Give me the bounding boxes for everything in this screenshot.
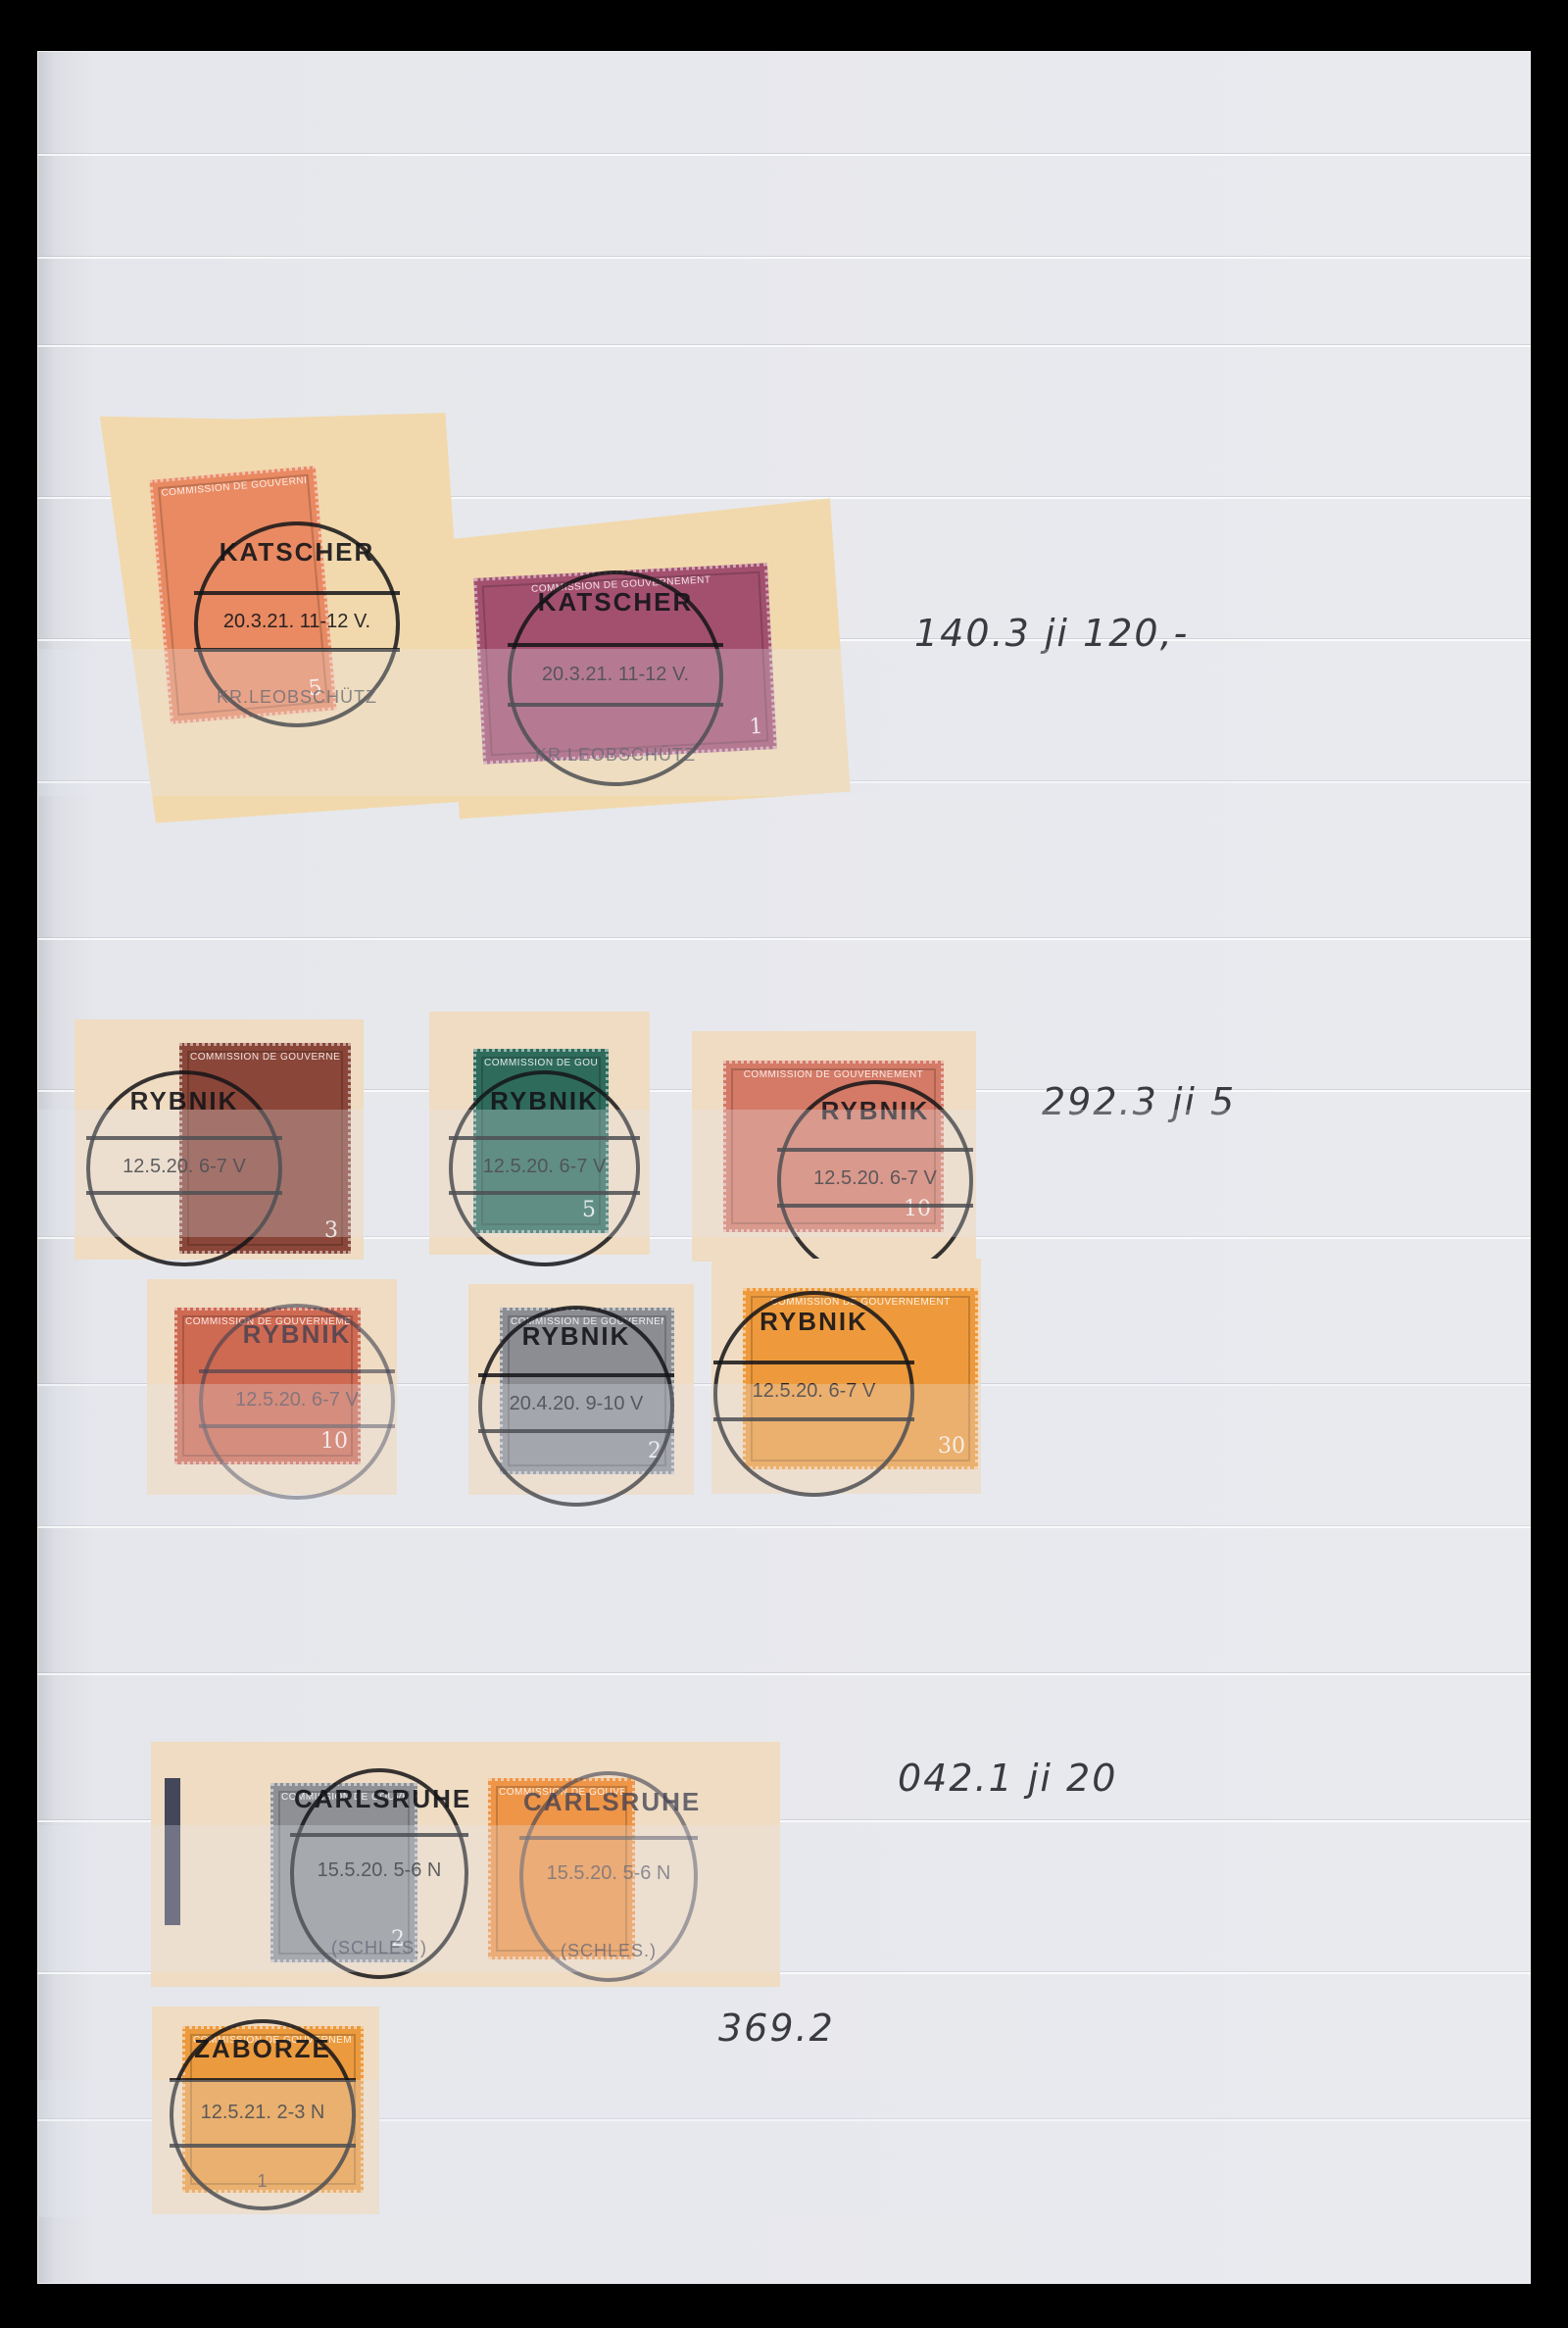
postmark: KATSCHER 20.3.21. 11-12 V. KR.LEOBSCHÜTZ <box>194 521 400 727</box>
postmark-date: 15.5.20. 5-6 N <box>294 1859 465 1882</box>
stamp-value: 30 <box>938 1434 965 1459</box>
stamp-label: COMMISSION DE GOUVERNEMENT <box>484 1058 598 1068</box>
glassine-strip <box>37 257 1531 259</box>
postmark: RYBNIK 12.5.20. 6-7 V <box>449 1070 640 1266</box>
postmark-date: 12.5.20. 6-7 V <box>781 1167 969 1190</box>
postmark-town: CARLSRUHE <box>523 1787 694 1817</box>
postmark-date: 12.5.20. 6-7 V <box>717 1380 910 1403</box>
postmark-town: RYBNIK <box>717 1307 910 1337</box>
postmark-date: 20.3.21. 11-12 V. <box>198 611 396 633</box>
postmark: ZABORZE 12.5.21. 2-3 N 1 <box>170 2019 356 2210</box>
postmark-subtitle: 1 <box>173 2171 352 2192</box>
catalog-note: 292.3 ji 5 <box>1042 1080 1236 1123</box>
postmark-date: 12.5.20. 6-7 V <box>203 1389 391 1412</box>
postmark-date: 12.5.20. 6-7 V <box>453 1156 636 1178</box>
postmark-town: CARLSRUHE <box>294 1784 465 1814</box>
postmark: CARLSRUHE 15.5.20. 5-6 N (SCHLES.) <box>519 1771 698 1982</box>
postmark-subtitle: KR.LEOBSCHÜTZ <box>512 745 719 766</box>
postmark: RYBNIK 12.5.20. 6-7 V <box>199 1304 395 1500</box>
postmark-subtitle: (SCHLES.) <box>523 1941 694 1961</box>
stamp-value: 3 <box>324 1218 338 1243</box>
postmark-town: KATSCHER <box>198 537 396 568</box>
postmark-town: RYBNIK <box>90 1086 278 1116</box>
catalog-note: 042.1 ji 20 <box>898 1757 1117 1800</box>
postmark-town: RYBNIK <box>203 1319 391 1350</box>
postmark: RYBNIK 12.5.20. 6-7 V <box>86 1070 282 1266</box>
glassine-strip <box>37 345 1531 347</box>
stamp-value: 1 <box>749 715 763 740</box>
postmark-date: 12.5.21. 2-3 N <box>173 2102 352 2124</box>
postmark-subtitle: KR.LEOBSCHÜTZ <box>198 687 396 708</box>
postmark-town: KATSCHER <box>512 587 719 618</box>
album-page: COMMISSION DE GOUVERNEMENT 5 KATSCHER 20… <box>37 51 1531 2284</box>
postmark-town: RYBNIK <box>482 1321 670 1352</box>
stamp-label: COMMISSION DE GOUVERNEMENT <box>734 1069 933 1080</box>
glassine-strip <box>37 1526 1531 1528</box>
postmark-subtitle: (SCHLES.) <box>294 1938 465 1958</box>
postmark-town: RYBNIK <box>453 1086 636 1116</box>
glassine-strip <box>37 938 1531 940</box>
stamp-label: COMMISSION DE GOUVERNEMENT <box>190 1052 340 1063</box>
glassine-strip <box>37 154 1531 156</box>
postmark-date: 20.3.21. 11-12 V. <box>512 664 719 686</box>
glassine-strip <box>37 1673 1531 1675</box>
postmark: RYBNIK 12.5.20. 6-7 V <box>777 1080 973 1281</box>
postmark: RYBNIK 20.4.20. 9-10 V <box>478 1306 674 1507</box>
postmark-date: 12.5.20. 6-7 V <box>90 1156 278 1178</box>
postmark-town: ZABORZE <box>173 2034 352 2064</box>
sheet-margin-strip <box>165 1778 180 1925</box>
postmark: RYBNIK 12.5.20. 6-7 V <box>713 1291 914 1497</box>
postmark-town: RYBNIK <box>781 1096 969 1126</box>
postmark-date: 15.5.20. 5-6 N <box>523 1862 694 1885</box>
postmark: CARLSRUHE 15.5.20. 5-6 N (SCHLES.) <box>290 1768 468 1979</box>
catalog-note: 140.3 ji 120,- <box>914 612 1189 655</box>
postmark-date: 20.4.20. 9-10 V <box>482 1393 670 1415</box>
catalog-note: 369.2 <box>718 2006 835 2050</box>
postmark: KATSCHER 20.3.21. 11-12 V. KR.LEOBSCHÜTZ <box>508 570 723 786</box>
